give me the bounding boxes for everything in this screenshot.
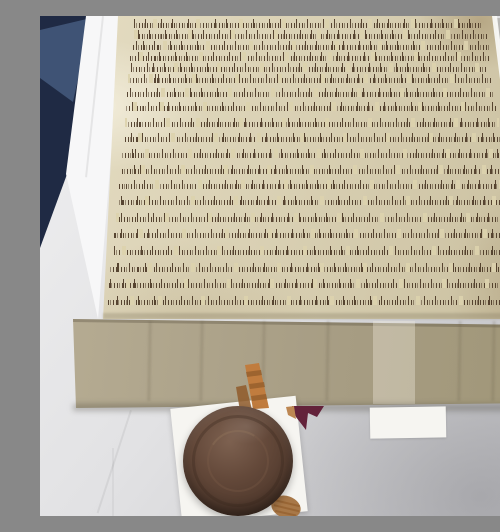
photo-medieval-charter: Medieval parchment charter with pendant …: [40, 16, 500, 516]
maroon-ribbon-icon: [292, 406, 324, 430]
